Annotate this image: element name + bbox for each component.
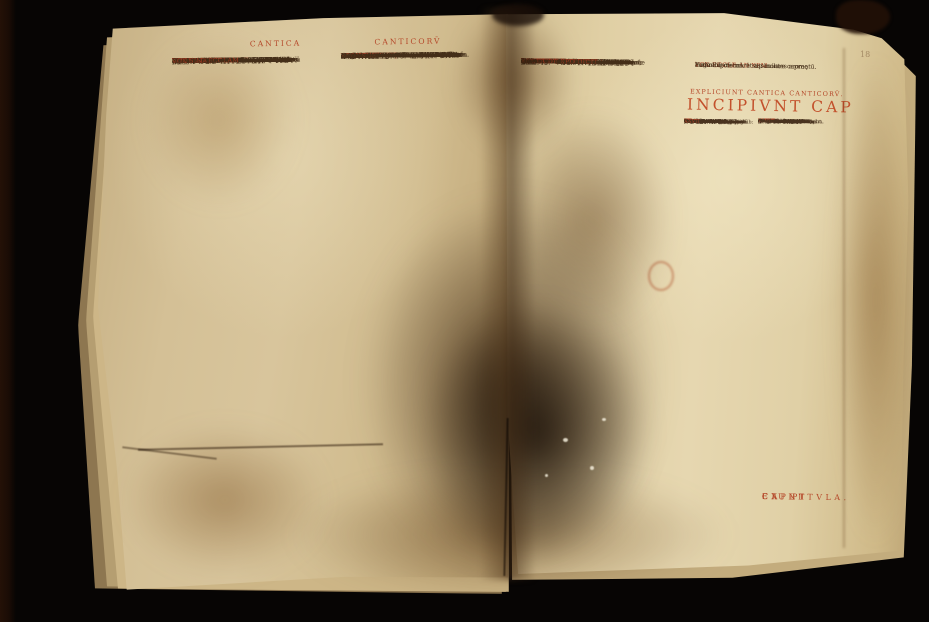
- incipit-capitula-heading: INCIPIVNT CAP: [687, 96, 857, 117]
- photo-left-edge-glow: [0, 0, 16, 622]
- damage-fleck: [545, 474, 548, 477]
- binding-clamp: [836, 0, 890, 34]
- red-ring-stain: [648, 261, 674, 291]
- damage-fleck: [590, 466, 594, 470]
- capitula-list-left-column: IDe diligenda iustitia.IICustodiendis de…: [684, 118, 760, 119]
- damage-fleck: [563, 438, 568, 442]
- manuscript-photo: CANTICA CANTICORV̄ uniuersis lignis liba…: [0, 0, 929, 622]
- capitula-entry: Potentiam dei cognoscat.: [684, 118, 748, 126]
- capitula-entry: de terra regum.: [758, 118, 798, 126]
- stain: [145, 35, 295, 205]
- page-curl-line: [843, 48, 845, 548]
- running-header-right: CANTICORV̄: [368, 36, 448, 46]
- explicit-capitula-line: CA PITVLA.: [762, 490, 850, 506]
- gutter-shadow: [480, 8, 536, 580]
- stain: [835, 55, 915, 545]
- gutter-top-shadow: [492, 4, 544, 26]
- damage-fleck: [602, 418, 606, 421]
